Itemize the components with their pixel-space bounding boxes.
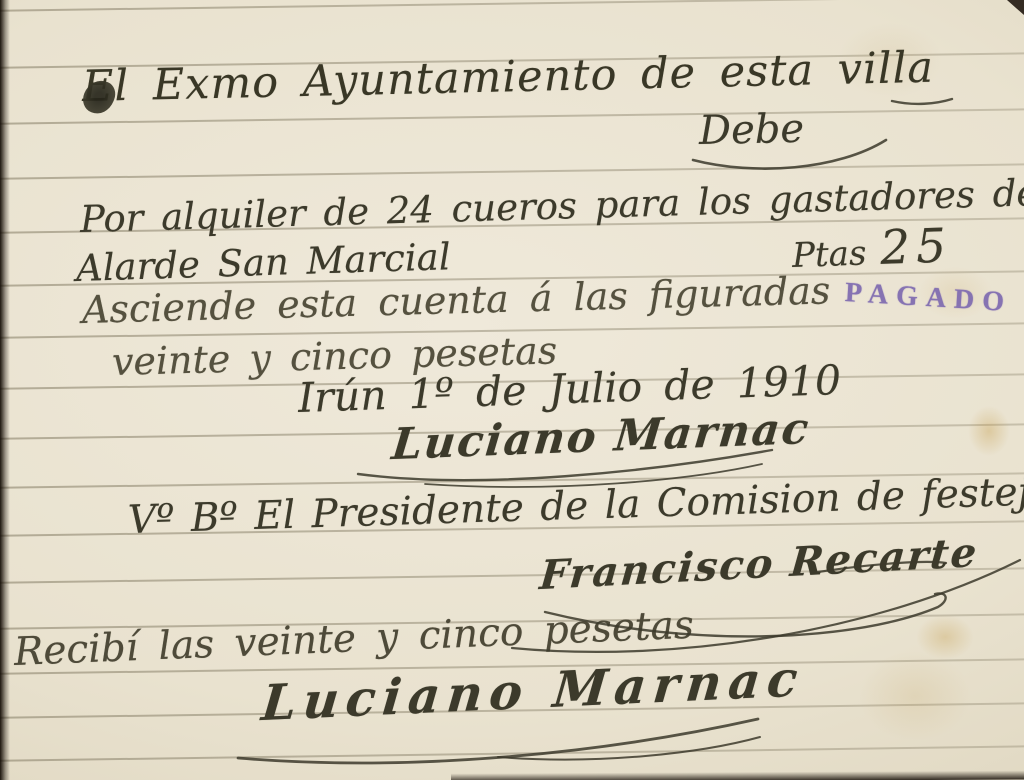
amount-value: 25 — [879, 218, 953, 275]
paper-stain — [840, 636, 990, 756]
signature3-underline-flourish-2 — [498, 737, 760, 760]
debit-label: Debe — [699, 106, 805, 154]
header-line: El Exmo Ayuntamiento de esta villa — [81, 43, 934, 112]
signature-2: Francisco Recarte — [538, 529, 980, 599]
manuscript-photo: El Exmo Ayuntamiento de esta villa Debe … — [0, 0, 1024, 780]
paper-stain — [960, 396, 1018, 466]
paper-stain — [905, 606, 985, 668]
photo-corner-top-right — [1007, 0, 1024, 15]
villa-dash-flourish — [892, 99, 952, 104]
ruled-line — [0, 0, 1024, 12]
photo-edge-bottom — [451, 770, 1024, 780]
ruled-line — [0, 745, 1024, 762]
photo-edge-left — [0, 0, 10, 780]
approval-line: Vº Bº El Presidente de la Comision de fe… — [127, 468, 1024, 543]
paid-stamp: PAGADO — [844, 277, 1013, 319]
